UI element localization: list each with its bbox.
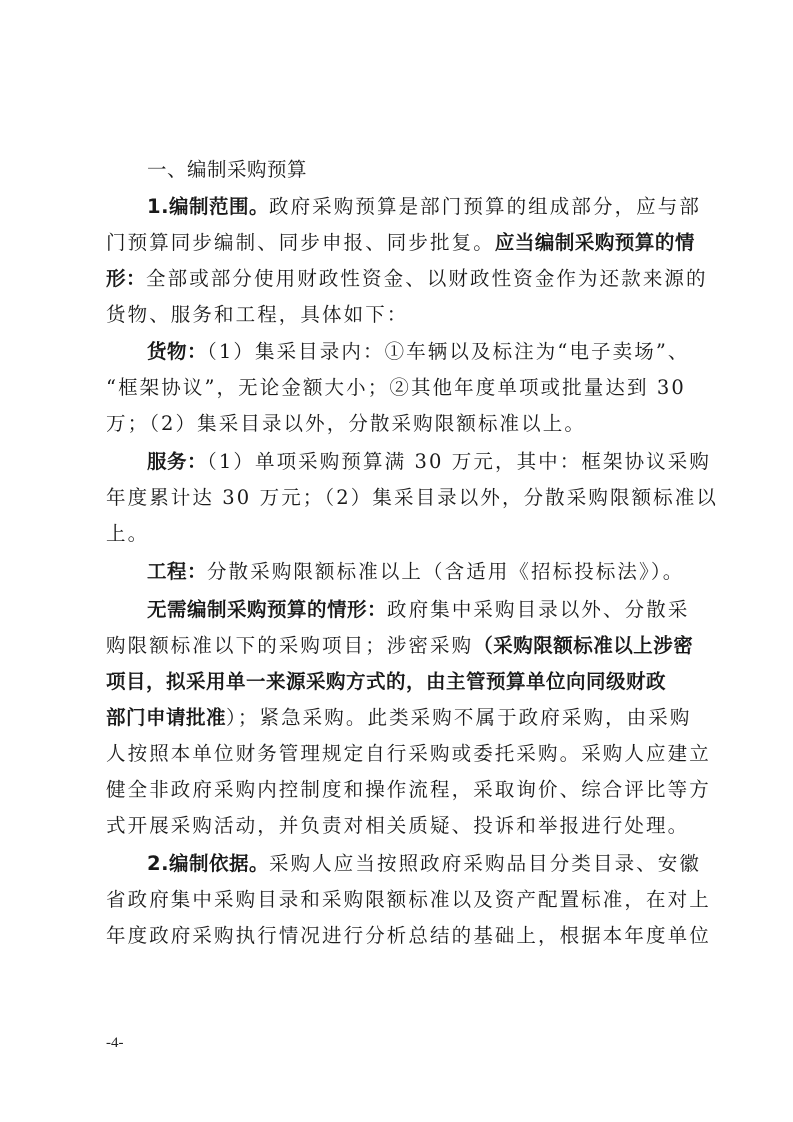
goods-text: （1）集采目录内：①车辆以及标注为“电子卖场”、 <box>207 340 690 363</box>
page-number: -4- <box>106 1035 124 1052</box>
paragraph-scope-line-3: 形：全部或部分使用财政性资金、以财政性资金作为还款来源的 <box>106 261 708 297</box>
no-budget-line-3: 项目，拟采用单一来源采购方式的，由主管预算单位向同级财政 <box>106 664 666 700</box>
scope-text: 政府采购预算是部门预算的组成部分，应与部 <box>269 195 701 218</box>
services-line-3: 上。 <box>106 516 149 552</box>
section-heading-text: 一、编制采购预算 <box>147 158 307 181</box>
no-budget-label: 无需编制采购预算的情形： <box>147 598 387 621</box>
no-budget-text: ）；紧急采购。此类采购不属于政府采购，由采购 <box>226 706 691 729</box>
paragraph-scope-line-2: 门预算同步编制、同步申报、同步批复。应当编制采购预算的情 <box>106 225 695 261</box>
no-budget-text: 政府集中采购目录以外、分散采 <box>387 598 689 621</box>
basis-title: 2.编制依据。 <box>147 852 269 875</box>
scope-text: 门预算同步编制、同步申报、同步批复。 <box>106 231 495 254</box>
no-budget-text: 人按照本单位财务管理规定自行采购或委托采购。采购人应建立 <box>106 742 711 765</box>
services-label: 服务： <box>147 450 207 473</box>
goods-line-2: “框架协议”，无论金额大小；②其他年度单项或批量达到 30 <box>106 370 686 406</box>
no-budget-line-2: 购限额标准以下的采购项目；涉密采购（采购限额标准以上涉密 <box>106 628 693 664</box>
section-heading: 一、编制采购预算 <box>147 152 307 188</box>
services-text: （1）单项采购预算满 30 万元，其中：框架协议采购 <box>207 450 711 473</box>
goods-text: 万；（2）集采目录以外，分散采购限额标准以上。 <box>106 412 586 435</box>
goods-line-1: 货物：（1）集采目录内：①车辆以及标注为“电子卖场”、 <box>147 334 690 370</box>
services-line-2: 年度累计达 30 万元；（2）集采目录以外，分散采购限额标准以 <box>106 480 718 516</box>
no-budget-line-6: 健全非政府采购内控制度和操作流程，采取询价、综合评比等方 <box>106 772 711 808</box>
goods-label: 货物： <box>147 340 207 363</box>
basis-line-3: 年度政府采购执行情况进行分析总结的基础上，根据本年度单位 <box>106 918 711 954</box>
basis-line-1: 2.编制依据。采购人应当按照政府采购品目分类目录、安徽 <box>147 846 701 882</box>
scope-text: 全部或部分使用财政性资金、以财政性资金作为还款来源的 <box>146 267 708 290</box>
services-line-1: 服务：（1）单项采购预算满 30 万元，其中：框架协议采购 <box>147 444 711 480</box>
no-budget-text: 健全非政府采购内控制度和操作流程，采取询价、综合评比等方 <box>106 778 711 801</box>
no-budget-bold: 部门申请批准 <box>106 706 226 729</box>
scope-title: 1.编制范围。 <box>147 195 269 218</box>
works-label: 工程： <box>147 560 207 583</box>
basis-text: 年度政府采购执行情况进行分析总结的基础上，根据本年度单位 <box>106 924 711 947</box>
goods-line-3: 万；（2）集采目录以外，分散采购限额标准以上。 <box>106 406 586 442</box>
goods-text: “框架协议”，无论金额大小；②其他年度单项或批量达到 30 <box>106 376 686 399</box>
no-budget-line-7: 式开展采购活动，并负责对相关质疑、投诉和举报进行处理。 <box>106 808 689 844</box>
scope-bold: 形： <box>106 267 146 290</box>
paragraph-scope-line-4: 货物、服务和工程，具体如下： <box>106 297 408 333</box>
no-budget-bold: （采购限额标准以上涉密 <box>473 634 693 657</box>
basis-text: 采购人应当按照政府采购品目分类目录、安徽 <box>269 852 701 875</box>
no-budget-line-5: 人按照本单位财务管理规定自行采购或委托采购。采购人应建立 <box>106 736 711 772</box>
no-budget-line-1: 无需编制采购预算的情形：政府集中采购目录以外、分散采 <box>147 592 689 628</box>
works-line-1: 工程：分散采购限额标准以上（含适用《招标投标法》）。 <box>147 554 684 590</box>
no-budget-bold: 项目，拟采用单一来源采购方式的，由主管预算单位向同级财政 <box>106 670 666 693</box>
works-text: 分散采购限额标准以上（含适用《招标投标法》）。 <box>207 560 684 583</box>
services-text: 年度累计达 30 万元；（2）集采目录以外，分散采购限额标准以 <box>106 486 718 509</box>
scope-text: 货物、服务和工程，具体如下： <box>106 303 408 326</box>
paragraph-scope-line-1: 1.编制范围。政府采购预算是部门预算的组成部分，应与部 <box>147 189 701 225</box>
basis-line-2: 省政府集中采购目录和采购限额标准以及资产配置标准，在对上 <box>106 882 711 918</box>
services-text: 上。 <box>106 522 149 545</box>
no-budget-text: 式开展采购活动，并负责对相关质疑、投诉和举报进行处理。 <box>106 814 689 837</box>
scope-bold: 应当编制采购预算的情 <box>495 231 695 254</box>
no-budget-text: 购限额标准以下的采购项目；涉密采购 <box>106 634 473 657</box>
no-budget-line-4: 部门申请批准）；紧急采购。此类采购不属于政府采购，由采购 <box>106 700 691 736</box>
basis-text: 省政府集中采购目录和采购限额标准以及资产配置标准，在对上 <box>106 888 711 911</box>
